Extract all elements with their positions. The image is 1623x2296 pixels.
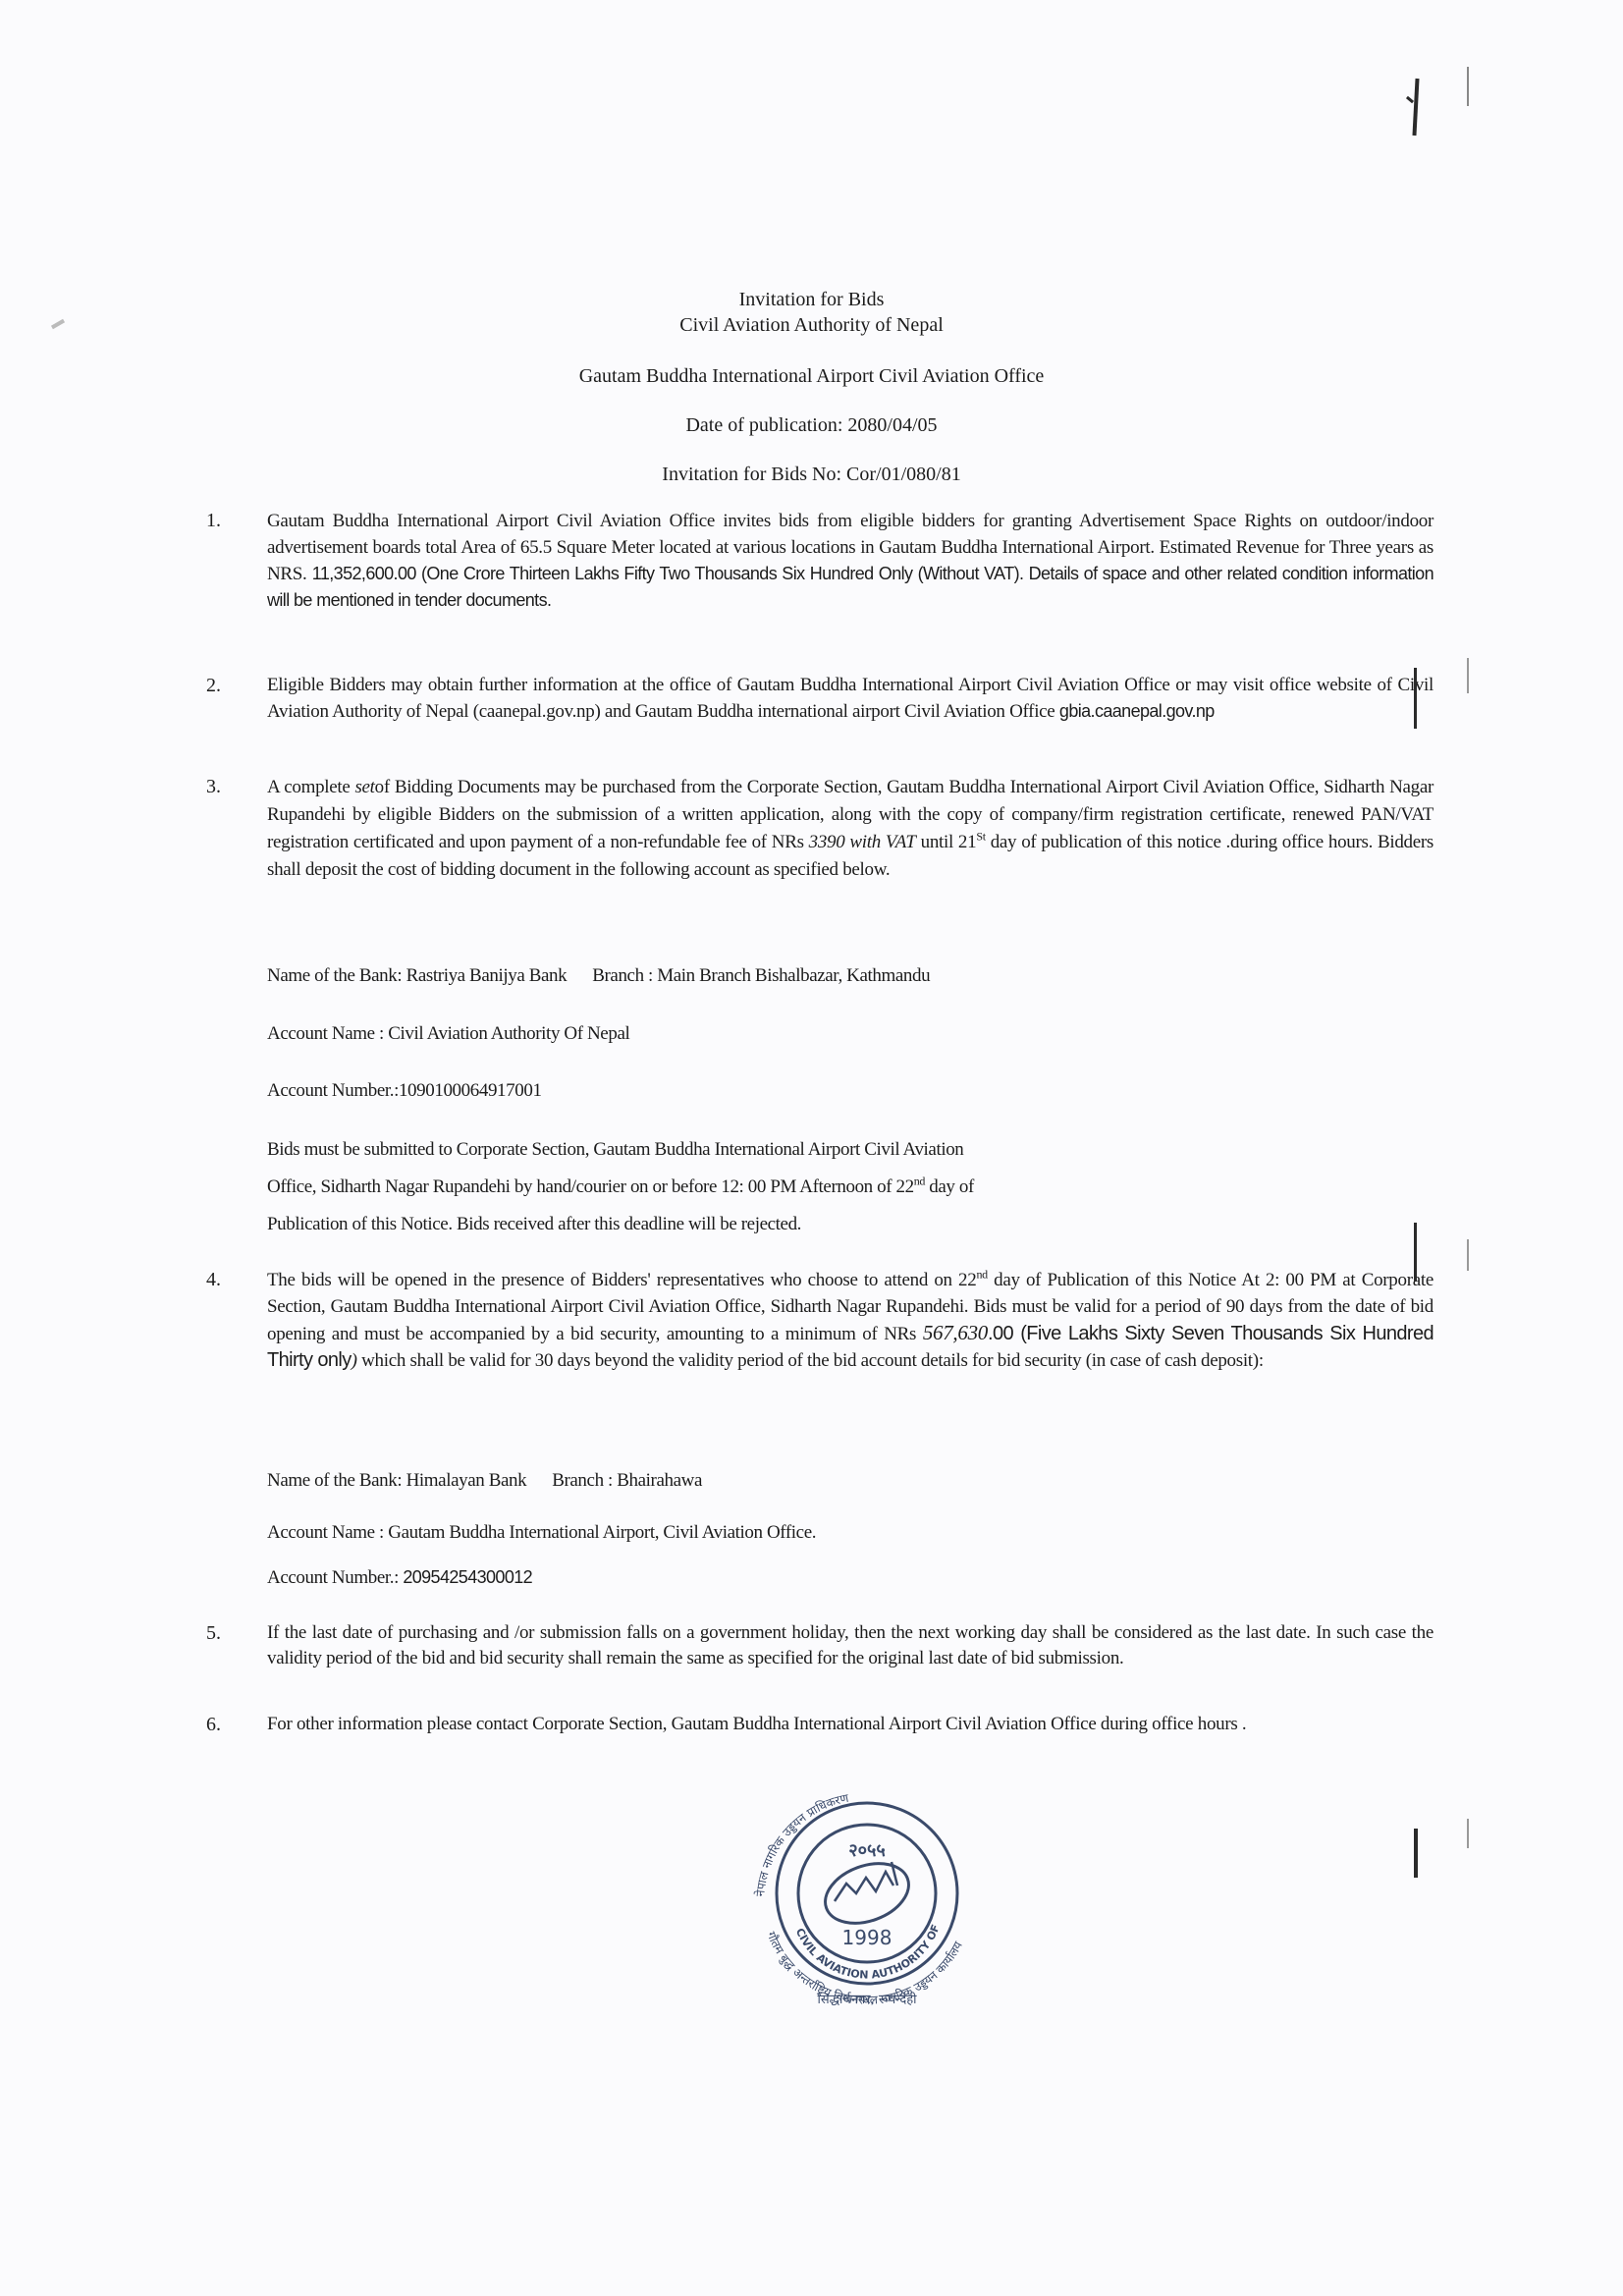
clause-number: 1. xyxy=(206,510,245,532)
bank-branch: Branch : Main Branch Bishalbazar, Kathma… xyxy=(592,965,930,986)
account-name: Account Name : Civil Aviation Authority … xyxy=(267,1023,629,1045)
document-page: Invitation for Bids Civil Aviation Autho… xyxy=(0,0,1623,2296)
publication-date: Date of publication: 2080/04/05 xyxy=(0,412,1623,438)
notice-title: Invitation for Bids xyxy=(0,287,1623,312)
bank-1-info: Name of the Bank: Rastriya Banijya BankB… xyxy=(267,965,930,987)
account-name: Account Name : Gautam Buddha Internation… xyxy=(267,1522,816,1544)
caan-seal-icon: २०५५ 1998 CIVIL AVIATION AUTHORITY OF NE… xyxy=(725,1776,1009,2011)
clause-number: 2. xyxy=(206,675,245,697)
clause-4: 4. The bids will be opened in the presen… xyxy=(206,1267,1434,1374)
clause-text: Eligible Bidders may obtain further info… xyxy=(267,675,1434,722)
clause-number: 5. xyxy=(206,1622,245,1645)
office-name: Gautam Buddha International Airport Civi… xyxy=(0,363,1623,389)
clause-text: For other information please contact Cor… xyxy=(267,1712,1434,1737)
official-stamp: २०५५ 1998 CIVIL AVIATION AUTHORITY OF NE… xyxy=(725,1776,1009,2011)
submission-line-1: Bids must be submitted to Corporate Sect… xyxy=(267,1139,963,1161)
authority-name: Civil Aviation Authority of Nepal xyxy=(0,312,1623,338)
clause-number: 4. xyxy=(206,1269,245,1291)
svg-text:२०५५: २०५५ xyxy=(848,1840,885,1861)
bank-name: Name of the Bank: Rastriya Banijya Bank xyxy=(267,965,567,986)
clause-text: If the last date of purchasing and /or s… xyxy=(267,1620,1434,1671)
clause-5: 5. If the last date of purchasing and /o… xyxy=(206,1620,1434,1671)
account-number: Account Number.:1090100064917001 xyxy=(267,1080,542,1102)
svg-text:सिद्धार्थनगर, रूपन्देही: सिद्धार्थनगर, रूपन्देही xyxy=(817,1992,917,2007)
bank-branch: Branch : Bhairahawa xyxy=(552,1470,702,1491)
clause-1: 1. Gautam Buddha International Airport C… xyxy=(206,508,1434,614)
submission-line-2: Office, Sidharth Nagar Rupandehi by hand… xyxy=(267,1176,974,1198)
svg-text:1998: 1998 xyxy=(842,1926,893,1949)
bid-number: Invitation for Bids No: Cor/01/080/81 xyxy=(0,462,1623,487)
revenue-amount: 11,352,600.00 (One Crore Thirteen Lakhs … xyxy=(267,564,1434,610)
account-number: Account Number.: 20954254300012 xyxy=(267,1567,532,1589)
clause-number: 6. xyxy=(206,1714,245,1736)
website-link[interactable]: gbia.caanepal.gov.np xyxy=(1059,701,1215,721)
submission-line-3: Publication of this Notice. Bids receive… xyxy=(267,1214,801,1235)
document-fee: 3390 with VAT xyxy=(809,832,916,852)
clause-6: 6. For other information please contact … xyxy=(206,1712,1434,1737)
clause-number: 3. xyxy=(206,776,245,798)
clause-3: 3. A complete setof Bidding Documents ma… xyxy=(206,774,1434,884)
bank-2-info: Name of the Bank: Himalayan BankBranch :… xyxy=(267,1470,702,1492)
bid-security-amount: 567,630 xyxy=(923,1321,988,1344)
bank-name: Name of the Bank: Himalayan Bank xyxy=(267,1470,526,1491)
clause-2: 2. Eligible Bidders may obtain further i… xyxy=(206,673,1434,725)
